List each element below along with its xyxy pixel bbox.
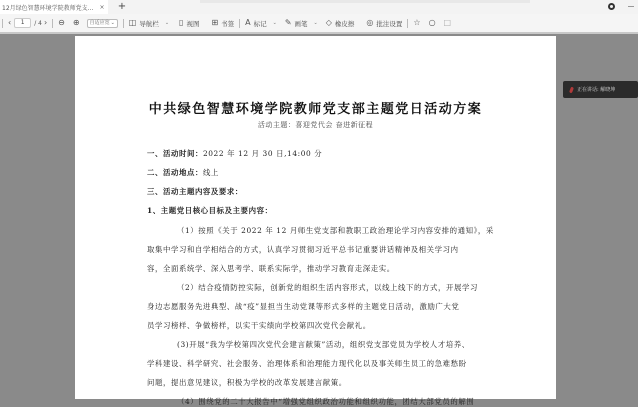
new-tab-button[interactable]: +	[116, 0, 128, 14]
document-subtitle: 活动主题：喜迎党代会 奋进新征程	[75, 120, 556, 130]
paragraph-line: （2）结合疫情防控实际，创新党的组织生活内容形式，以线上线下的方式，开展学习	[177, 282, 478, 293]
view-button[interactable]: ▯ 视图	[179, 15, 199, 31]
view-icon: ▯	[179, 19, 183, 27]
sidebar-panel-icon: ◫	[129, 19, 137, 27]
tab-bar: 12月绿色智慧环境学院教师党支部... × +	[0, 0, 638, 14]
search-icon[interactable]: ○	[429, 19, 436, 27]
document-title: 中共绿色智慧环境学院教师党支部主题党日活动方案	[75, 98, 556, 117]
chevron-down-icon[interactable]: ⌄	[273, 20, 277, 26]
save-icon[interactable]: □	[444, 19, 452, 27]
activity-place: 二、活动地点：线上	[147, 167, 219, 178]
pen-button[interactable]: ✎ 画笔 ⌄	[285, 15, 318, 31]
window-top-strip	[200, 0, 530, 3]
speaking-notification: 正在讲话: 解晓坤	[563, 81, 638, 98]
zoom-out-icon[interactable]: ⊖	[58, 19, 65, 27]
highlight-text-icon: A	[245, 19, 250, 27]
tab-title: 12月绿色智慧环境学院教师党支部...	[2, 3, 98, 12]
mark-label: 标记	[254, 19, 267, 28]
nav-pane-button[interactable]: ◫ 导航栏 ⌄	[129, 15, 169, 31]
document-page: 中共绿色智慧环境学院教师党支部主题党日活动方案 活动主题：喜迎党代会 奋进新征程…	[75, 36, 556, 399]
zoom-mode-value: 自适应宽	[90, 20, 110, 27]
activity-content-heading: 三、活动主题内容及要求：	[147, 186, 243, 197]
paragraph-line: （1）按照《关于 2022 年 12 月师生党支部和教职工政治理论学习内容安排的…	[177, 225, 494, 236]
minimize-icon[interactable]	[628, 6, 634, 7]
bookmark-label: 书签	[221, 19, 234, 28]
chevron-down-icon[interactable]: ⌄	[314, 20, 318, 26]
page-number-input[interactable]: 1	[14, 18, 31, 28]
divider	[2, 19, 3, 28]
zoom-mode-select[interactable]: 自适应宽 ⌄	[87, 19, 118, 28]
label: 三、活动主题内容及要求：	[147, 187, 243, 196]
zoom-in-icon[interactable]: ⊕	[73, 19, 80, 27]
pen-label: 画笔	[295, 19, 308, 28]
bookmark-icon: ⊞	[211, 19, 218, 27]
eraser-icon: ◇	[326, 19, 332, 27]
microphone-icon	[569, 86, 574, 93]
paragraph-line: 问题，提出意见建议，积极为学校的改革发展建言献策。	[147, 377, 347, 388]
divider	[239, 19, 240, 28]
paragraph-line: 员学习榜样、争做榜样，以实干实绩向学校第四次党代会献礼。	[147, 320, 371, 331]
label: 1、主题党日核心目标及主要内容：	[147, 206, 273, 215]
chevron-down-icon: ⌄	[111, 20, 115, 27]
next-page-icon[interactable]: ›	[44, 19, 47, 27]
annotation-settings-label: 批注设置	[376, 19, 402, 28]
paragraph-line: 学科建设、科学研究、社会服务、治理体系和治理能力现代化以及事关师生员工的急难愁盼	[147, 358, 467, 369]
divider	[52, 19, 53, 28]
value: 线上	[203, 168, 219, 177]
favorite-star-icon[interactable]: ☆	[413, 19, 420, 27]
speaking-text: 正在讲话: 解晓坤	[577, 86, 615, 93]
paragraph-line: 身边志愿服务先进典型、战“疫”显担当生动党课等形式多样的主题党日活动，激励广大党	[147, 301, 459, 312]
activity-time: 一、活动时间：2022 年 12 月 30 日,14:00 分	[147, 148, 322, 159]
mark-button[interactable]: A 标记 ⌄	[245, 15, 277, 31]
prev-page-icon[interactable]: ‹	[8, 19, 11, 27]
paragraph-line: 容，全面系统学、深入思考学、联系实际学，推动学习教育走深走实。	[147, 263, 395, 274]
core-goal-heading: 1、主题党日核心目标及主要内容：	[147, 205, 273, 216]
tab-close-icon[interactable]: ×	[98, 4, 106, 11]
paragraph-line: 取集中学习和自学相结合的方式，认真学习贯彻习近平总书记重要讲话精神及相关学习内	[147, 244, 459, 255]
annotation-settings-button[interactable]: ◎ 批注设置	[366, 15, 402, 31]
eraser-button[interactable]: ◇ 橡皮擦	[326, 15, 355, 31]
paragraph-line: (3)开展“我为学校第四次党代会建言献策”活动，组织党支部党员为学校人才培养、	[177, 339, 470, 350]
nav-pane-label: 导航栏	[139, 19, 159, 28]
settings-gear-icon[interactable]	[608, 3, 615, 10]
page-total: / 4	[34, 20, 42, 27]
eraser-label: 橡皮擦	[335, 19, 355, 28]
value: 2022 年 12 月 30 日,14:00 分	[203, 149, 322, 158]
pdf-toolbar: ‹ 1 / 4 › ⊖ ⊕ 自适应宽 ⌄ ◫ 导航栏 ⌄ ▯ 视图 ⊞ 书签 A…	[0, 14, 638, 34]
divider	[407, 19, 408, 28]
bookmark-button[interactable]: ⊞ 书签	[211, 15, 234, 31]
settings-circle-icon: ◎	[366, 19, 373, 27]
label: 二、活动地点：	[147, 168, 203, 177]
tab-document[interactable]: 12月绿色智慧环境学院教师党支部... ×	[0, 0, 108, 14]
pen-icon: ✎	[285, 19, 292, 27]
chevron-down-icon[interactable]: ⌄	[165, 20, 169, 26]
view-label: 视图	[186, 19, 199, 28]
divider	[123, 19, 124, 28]
label: 一、活动时间：	[147, 149, 203, 158]
